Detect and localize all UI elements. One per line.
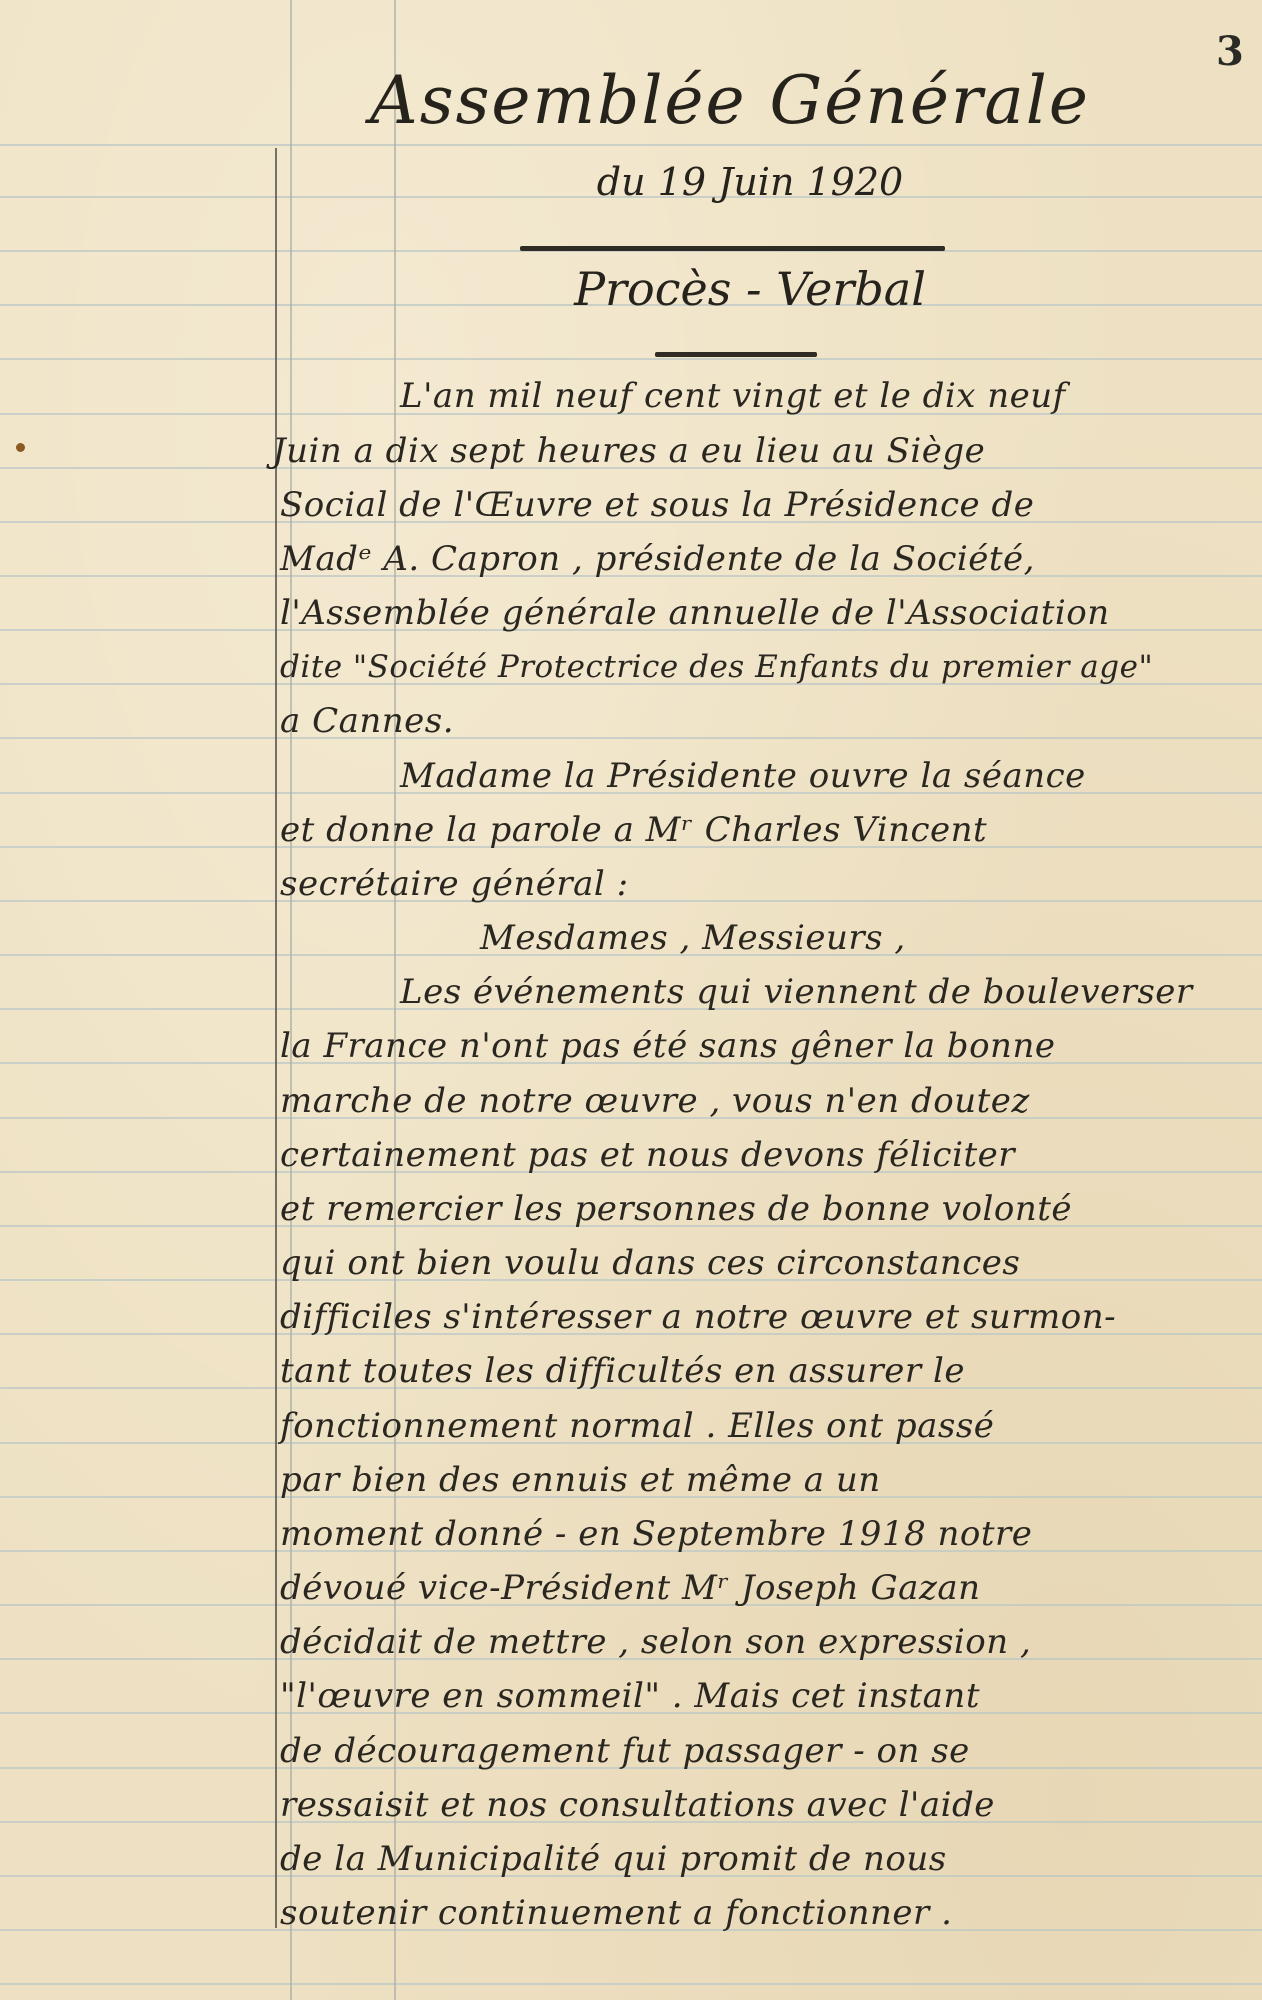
text-line: Madame la Présidente ouvre la séance — [400, 756, 1086, 796]
text-line: qui ont bien voulu dans ces circonstance… — [280, 1243, 1020, 1283]
text-line: Social de l'Œuvre et sous la Présidence … — [280, 485, 1034, 525]
page-number: 3 — [1216, 28, 1244, 75]
text-line: par bien des ennuis et même a un — [280, 1460, 881, 1500]
text-line: tant toutes les difficultés en assurer l… — [280, 1351, 965, 1391]
text-line: L'an mil neuf cent vingt et le dix neuf — [400, 376, 1066, 416]
text-line: l'Assemblée générale annuelle de l'Assoc… — [280, 593, 1110, 633]
ruled-line — [0, 737, 1262, 739]
text-line: dite "Société Protectrice des Enfants du… — [280, 647, 1153, 687]
text-line: ressaisit et nos consultations avec l'ai… — [280, 1785, 995, 1825]
manuscript-page: 3 Assemblée Générale du 19 Juin 1920 Pro… — [0, 0, 1262, 2000]
ruled-line — [0, 144, 1262, 146]
heading-underline — [655, 352, 817, 357]
text-line: moment donné - en Septembre 1918 notre — [280, 1514, 1032, 1554]
document-date: du 19 Juin 1920 — [400, 160, 1100, 204]
text-line: marche de notre œuvre , vous n'en doutez — [280, 1081, 1030, 1121]
text-line: soutenir continuement a fonctionner . — [280, 1893, 952, 1933]
text-line: "l'œuvre en sommeil" . Mais cet instant — [280, 1676, 980, 1716]
text-line: certainement pas et nous devons félicite… — [280, 1135, 1015, 1175]
text-line: a Cannes. — [280, 701, 454, 741]
ruled-line — [0, 900, 1262, 902]
text-line: difficiles s'intéresser a notre œuvre et… — [280, 1297, 1116, 1337]
ink-margin-line — [275, 148, 277, 1928]
text-line: Juin a dix sept heures a eu lieu au Sièg… — [272, 431, 985, 471]
document-title: Assemblée Générale — [330, 62, 1130, 139]
ink-spot — [16, 443, 25, 452]
text-line: secrétaire général : — [280, 864, 629, 904]
text-line: décidait de mettre , selon son expressio… — [280, 1622, 1031, 1662]
text-line: la France n'ont pas été sans gêner la bo… — [280, 1026, 1055, 1066]
text-line: de la Municipalité qui promit de nous — [280, 1839, 947, 1879]
text-line: dévoué vice-Président Mʳ Joseph Gazan — [280, 1568, 981, 1608]
text-line: Mesdames , Messieurs , — [480, 918, 906, 958]
text-line: de découragement fut passager - on se — [280, 1731, 970, 1771]
text-line: et remercier les personnes de bonne volo… — [280, 1189, 1072, 1229]
text-line: et donne la parole a Mʳ Charles Vincent — [280, 810, 987, 850]
text-line: fonctionnement normal . Elles ont passé — [280, 1406, 994, 1446]
ruled-line — [0, 1983, 1262, 1985]
text-line: Madᵉ A. Capron , présidente de la Sociét… — [280, 539, 1035, 579]
text-line: Les événements qui viennent de boulevers… — [400, 972, 1193, 1012]
ruled-line — [0, 358, 1262, 360]
section-heading: Procès - Verbal — [470, 262, 1030, 316]
title-underline — [520, 246, 945, 251]
